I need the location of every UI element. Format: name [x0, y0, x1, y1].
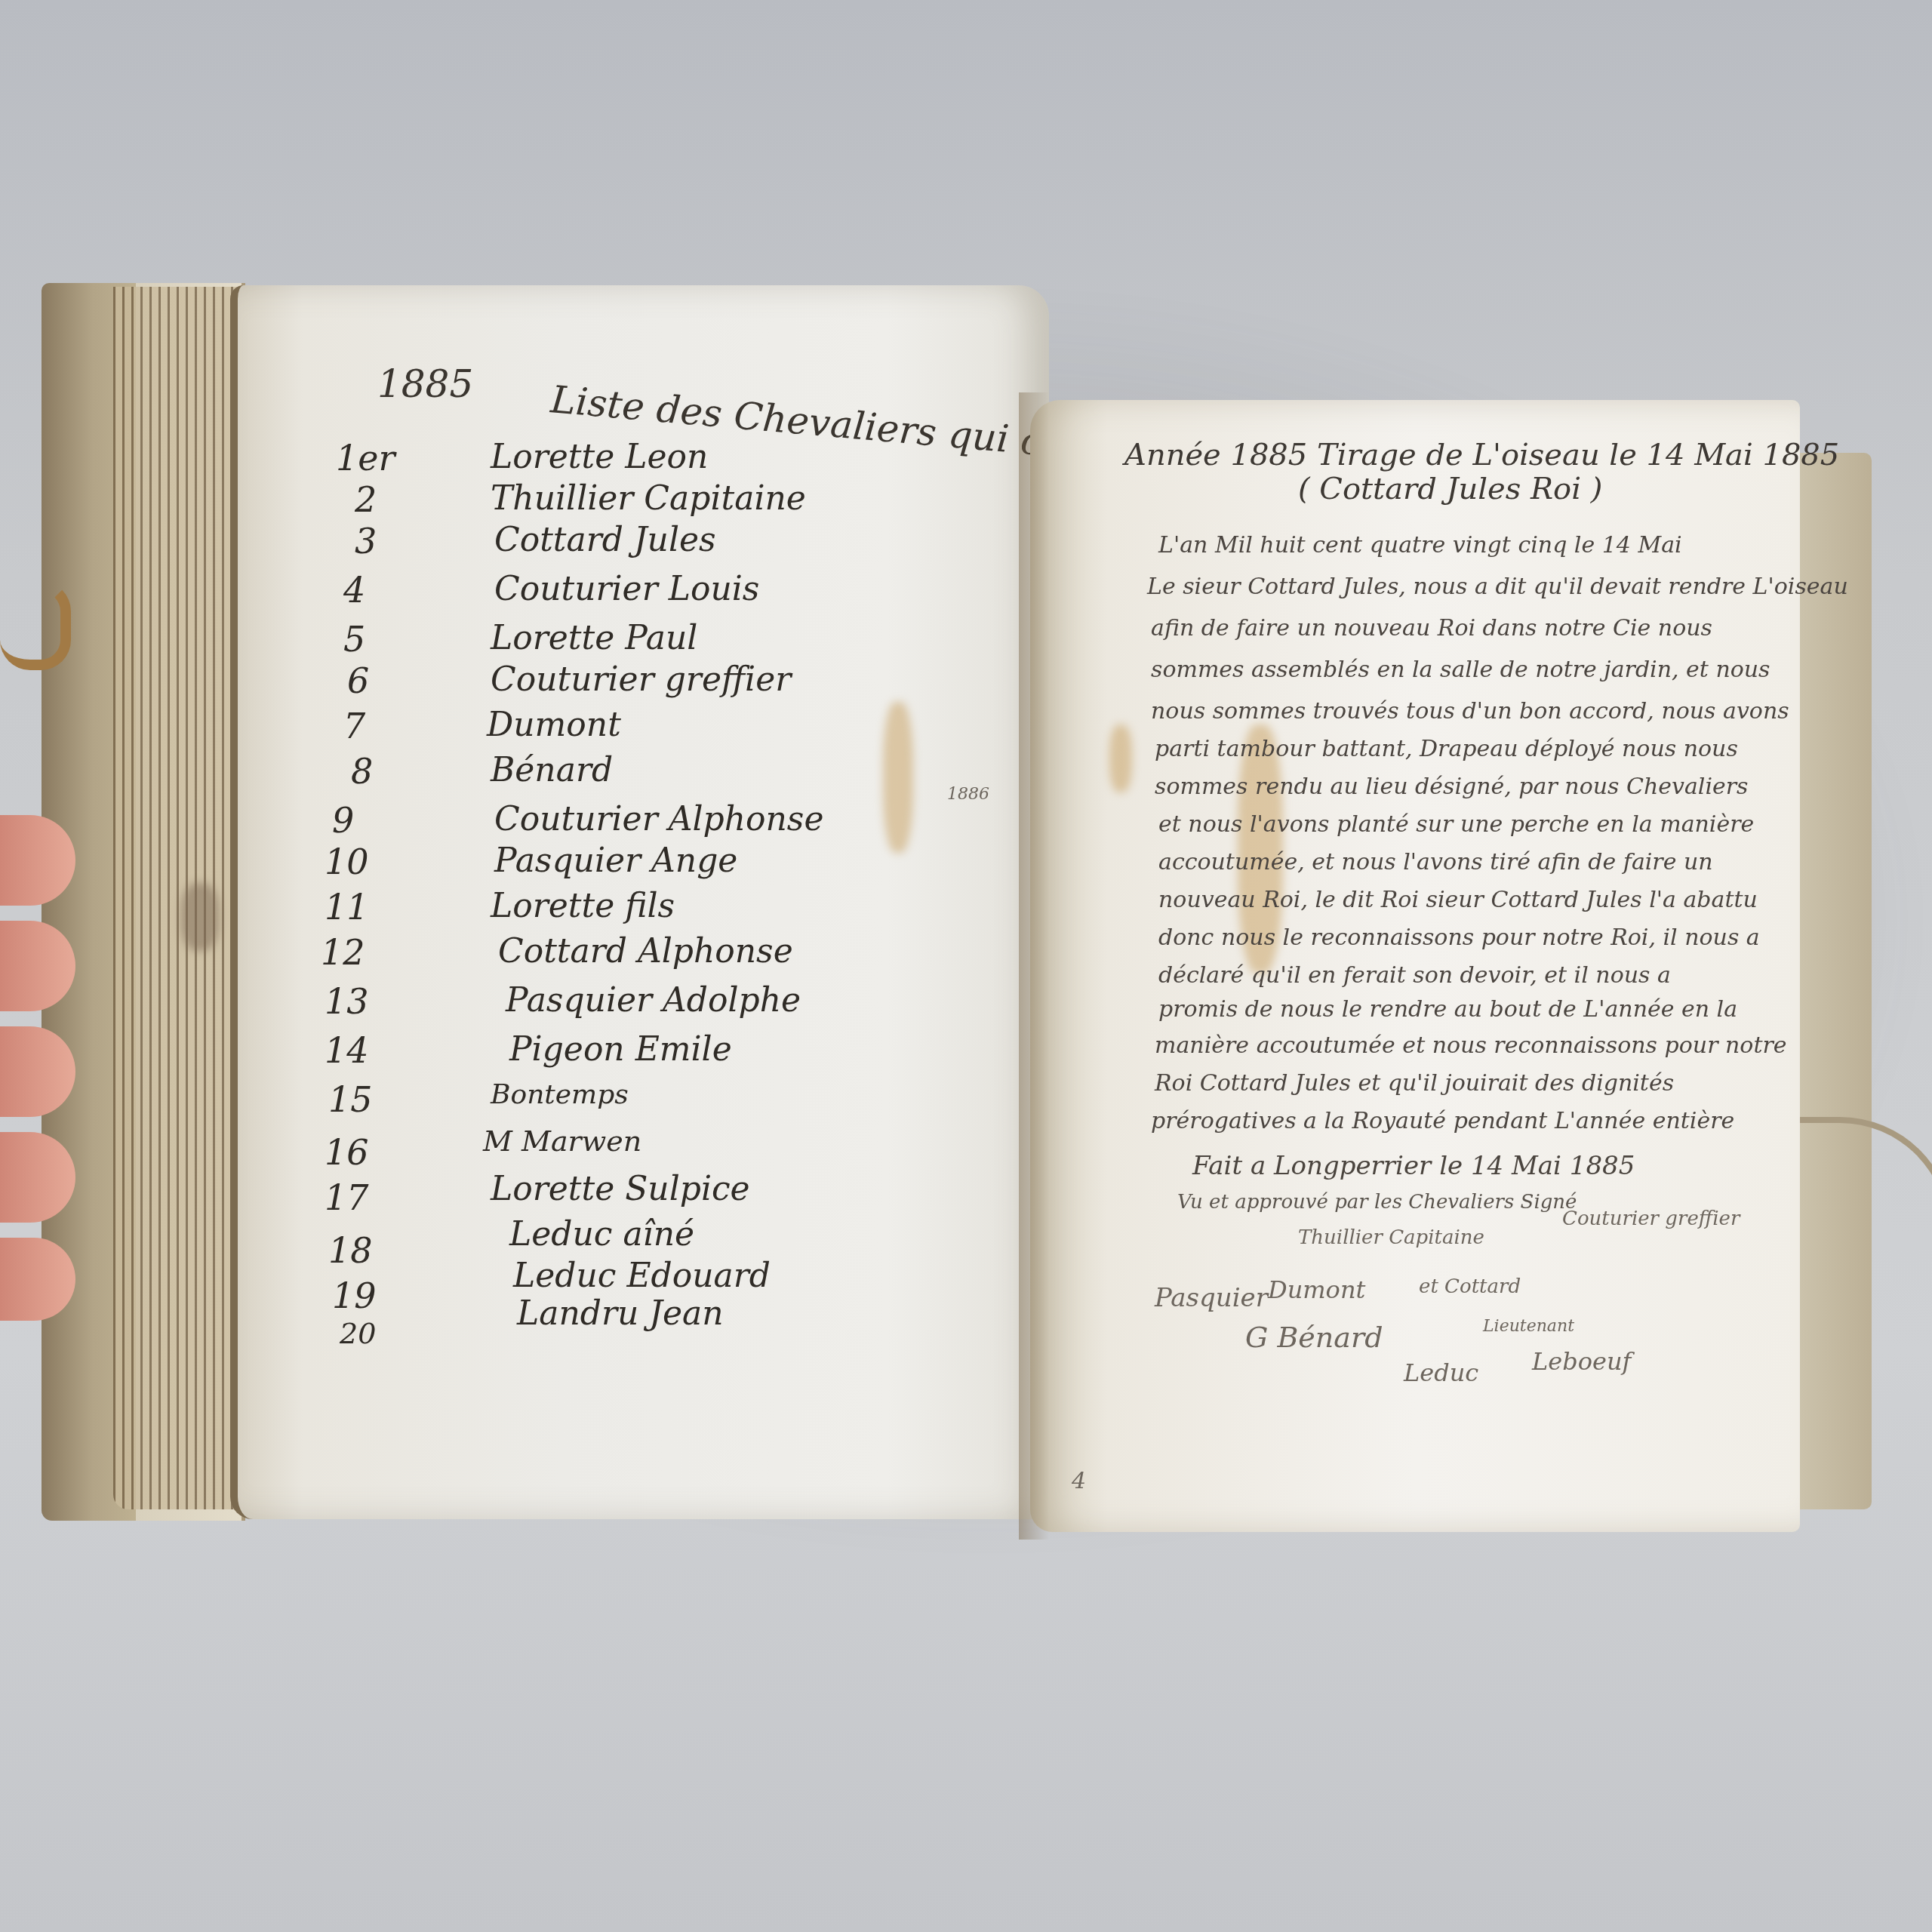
entry-num: 1er: [336, 438, 395, 478]
entry-num: 12: [321, 932, 365, 973]
record-heading: Année 1885 Tirage de L'oiseau le 14 Mai …: [1124, 438, 1839, 472]
body-line: sommes assemblés en la salle de notre ja…: [1151, 657, 1770, 683]
entry-name: Pasquier Adolphe: [506, 981, 801, 1020]
body-line: parti tambour battant, Drapeau déployé n…: [1155, 736, 1738, 762]
signature: Couturier greffier: [1562, 1207, 1740, 1230]
binding-cord: [0, 581, 71, 670]
entry-num: 19: [332, 1275, 377, 1316]
entry-name: Couturier greffier: [491, 660, 791, 699]
page-stack-edge: [113, 287, 241, 1509]
record-subheading: ( Cottard Jules Roi ): [1298, 472, 1602, 506]
body-line: manière accoutumée et nous reconnaissons…: [1155, 1032, 1787, 1059]
body-line: L'an Mil huit cent quatre vingt cinq le …: [1158, 532, 1682, 558]
entry-name: Bontemps: [491, 1079, 629, 1110]
entry-name: Leduc aîné: [509, 1215, 694, 1254]
signature: G Bénard: [1245, 1321, 1383, 1354]
stain: [1109, 724, 1132, 792]
body-line: Le sieur Cottard Jules, nous a dit qu'il…: [1147, 574, 1848, 600]
body-line: Roi Cottard Jules et qu'il jouirait des …: [1155, 1070, 1674, 1097]
entry-num: 16: [325, 1132, 369, 1173]
approval-line: Vu et approuvé par les Chevaliers Signé: [1177, 1191, 1577, 1214]
entry-name: Couturier Louis: [494, 570, 759, 608]
body-line: afin de faire un nouveau Roi dans notre …: [1151, 615, 1712, 641]
entry-num: 17: [325, 1177, 369, 1218]
signature: Dumont: [1268, 1275, 1365, 1304]
entry-num: 18: [328, 1230, 373, 1271]
entry-name: Cottard Alphonse: [498, 932, 793, 971]
entry-name: Pasquier Ange: [494, 841, 737, 880]
list-year: 1885: [377, 362, 473, 406]
body-line: promis de nous le rendre au bout de L'an…: [1158, 996, 1737, 1023]
body-line: prérogatives a la Royauté pendant L'anné…: [1151, 1108, 1734, 1134]
entry-num: 7: [343, 706, 365, 746]
entry-num: 8: [351, 751, 373, 792]
entry-name: Lorette Paul: [491, 619, 697, 657]
body-line: déclaré qu'il en ferait son devoir, et i…: [1158, 962, 1671, 989]
book-gutter: [1019, 392, 1049, 1540]
closing-line: Fait a Longperrier le 14 Mai 1885: [1192, 1151, 1635, 1181]
entry-num: 10: [325, 841, 369, 882]
entry-num: 11: [325, 887, 369, 928]
entry-name: Lorette fils: [491, 887, 675, 925]
entry-name: Bénard: [491, 751, 613, 789]
entry-num: 20: [340, 1317, 376, 1350]
entry-name: Couturier Alphonse: [494, 800, 823, 838]
entry-name: Pigeon Emile: [509, 1030, 732, 1069]
entry-num: 15: [328, 1079, 373, 1120]
entry-num: 9: [332, 800, 354, 841]
signature: Leboeuf: [1532, 1347, 1631, 1376]
entry-num: 2: [355, 479, 377, 520]
signature: Pasquier: [1155, 1283, 1268, 1313]
entry-num: 4: [343, 570, 365, 611]
entry-name: Lorette Leon: [491, 438, 708, 476]
body-line: nous sommes trouvés tous d'un bon accord…: [1151, 698, 1789, 724]
signature: Leduc: [1404, 1358, 1478, 1387]
stain: [181, 883, 219, 951]
signature: Lieutenant: [1483, 1317, 1574, 1336]
entry-num: 6: [347, 660, 369, 701]
margin-note: 1886: [947, 785, 989, 804]
entry-name: M Marwen: [483, 1124, 641, 1158]
entry-name: Thuillier Capitaine: [491, 479, 806, 518]
entry-num: 5: [343, 619, 365, 660]
signature: et Cottard: [1419, 1275, 1521, 1298]
body-line: et nous l'avons planté sur une perche en…: [1158, 811, 1754, 838]
signature: Thuillier Capitaine: [1298, 1226, 1484, 1249]
entry-num: 14: [325, 1030, 369, 1071]
entry-num: 13: [325, 981, 369, 1022]
entry-name: Cottard Jules: [494, 521, 716, 559]
body-line: nouveau Roi, le dit Roi sieur Cottard Ju…: [1158, 887, 1758, 913]
body-line: sommes rendu au lieu désigné, par nous C…: [1155, 774, 1749, 800]
entry-name: Landru Jean: [517, 1294, 724, 1333]
page-number: 4: [1072, 1468, 1086, 1494]
entry-num: 3: [355, 521, 377, 561]
entry-name: Dumont: [487, 706, 621, 744]
entry-name: Leduc Edouard: [513, 1257, 771, 1295]
entry-name: Lorette Sulpice: [491, 1170, 750, 1208]
stain: [883, 702, 913, 853]
body-line: accoutumée, et nous l'avons tiré afin de…: [1158, 849, 1713, 875]
body-line: donc nous le reconnaissons pour notre Ro…: [1158, 924, 1760, 951]
